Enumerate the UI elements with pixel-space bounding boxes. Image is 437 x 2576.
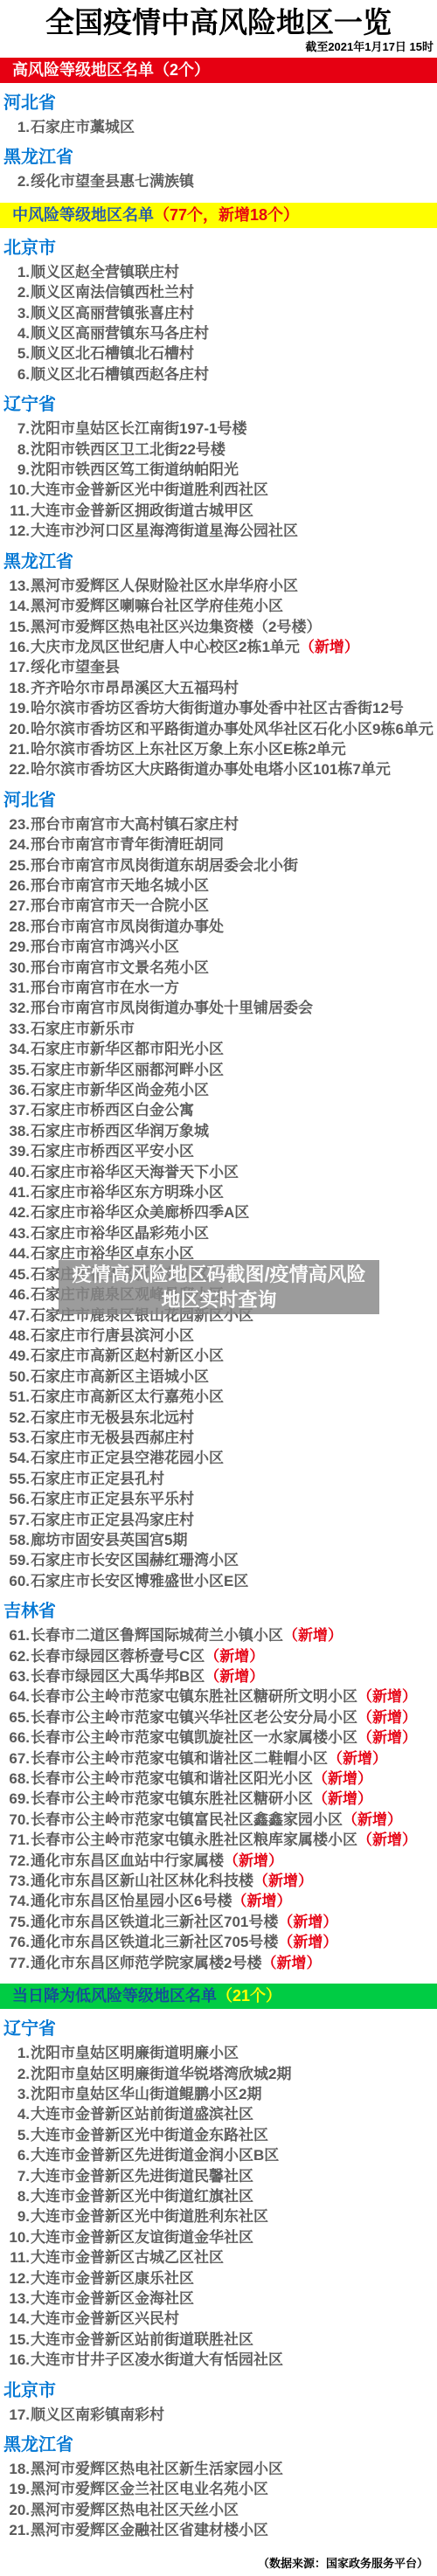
item-number: 43. <box>5 1223 30 1243</box>
list-item: 11.大连市金普新区古城乙区社区 <box>5 2247 437 2268</box>
item-text: 廊坊市固安县英国宫5期 <box>31 1532 187 1548</box>
item-text: 沈阳市皇姑区明廉街道华锐塔湾欣城2期 <box>31 2066 291 2082</box>
item-number: 60. <box>5 1571 30 1591</box>
list-item: 63.长春市绿园区大禹华邦B区（新增） <box>5 1666 437 1686</box>
item-text: 邢台市南宫市天地名城小区 <box>31 877 209 894</box>
item-number: 74. <box>5 1891 30 1911</box>
list-item: 12.大连市金普新区康乐社区 <box>5 2268 437 2289</box>
item-number: 8. <box>5 440 30 460</box>
region-list: 23.邢台市南宫市大高村镇石家庄村24.邢台市南宫市青年街清旺胡同25.邢台市南… <box>0 814 437 1591</box>
item-text: 石家庄市裕华区天海誉天下小区 <box>31 1164 239 1181</box>
item-new-badge: （新增） <box>205 1668 264 1685</box>
list-item: 2.绥化市望奎县惠七满族镇 <box>5 171 437 191</box>
list-item: 68.长春市公主岭市范家屯镇和谐社区阳光小区（新增） <box>5 1769 437 1789</box>
item-text: 大连市金普新区兴民村 <box>31 2310 179 2327</box>
item-number: 12. <box>5 2268 30 2289</box>
item-text: 顺义区北石槽镇西赵各庄村 <box>31 366 209 383</box>
province-heading: 吉林省 <box>3 1602 437 1621</box>
item-number: 22. <box>5 759 30 779</box>
item-new-badge: （新增） <box>278 1914 337 1930</box>
item-new-badge: （新增） <box>313 1770 372 1787</box>
list-item: 35.石家庄市新华区丽都河畔小区 <box>5 1060 437 1080</box>
list-item: 31.邢台市南宫市在水一方 <box>5 978 437 998</box>
item-number: 52. <box>5 1408 30 1428</box>
item-new-badge: （新增） <box>283 1627 343 1644</box>
list-item: 17.顺义区南彩镇南彩村 <box>5 2405 437 2425</box>
list-item: 14.大连市金普新区兴民村 <box>5 2309 437 2329</box>
item-number: 16. <box>5 637 30 657</box>
item-text: 邢台市南宫市鸿兴小区 <box>31 938 179 955</box>
item-text: 石家庄市新华区丽都河畔小区 <box>31 1062 224 1078</box>
list-item: 75.通化市东昌区铁道北三新社区701号楼（新增） <box>5 1912 437 1932</box>
list-item: 4.顺义区高丽营镇东马各庄村 <box>5 323 437 343</box>
list-item: 21.哈尔滨市香坊区上东社区万象上东小区E栋2单元 <box>5 739 437 759</box>
province-heading: 辽宁省 <box>3 395 437 414</box>
item-number: 30. <box>5 958 30 978</box>
list-item: 61.长春市二道区鲁辉国际城荷兰小镇小区（新增） <box>5 1625 437 1645</box>
item-text: 石家庄市高新区主语城小区 <box>31 1368 209 1385</box>
item-text: 邢台市南宫市天一合院小区 <box>31 897 209 914</box>
list-item: 54.石家庄市正定县空港花园小区 <box>5 1448 437 1468</box>
item-number: 54. <box>5 1448 30 1468</box>
list-item: 19.黑河市爱辉区金兰社区电业名苑小区 <box>5 2479 437 2499</box>
list-item: 37.石家庄市桥西区白金公寓 <box>5 1100 437 1120</box>
list-item: 7.沈阳市皇姑区长江南街197-1号楼 <box>5 419 437 439</box>
item-text: 邢台市南宫市文景名苑小区 <box>31 959 209 976</box>
item-number: 56. <box>5 1489 30 1509</box>
item-number: 21. <box>5 2520 30 2540</box>
item-number: 14. <box>5 596 30 616</box>
list-item: 28.邢台市南宫市凤岗街道办事处 <box>5 917 437 937</box>
as-of-timestamp: 截至2021年1月17日 15时 <box>0 40 437 58</box>
item-number: 25. <box>5 855 30 876</box>
item-number: 7. <box>5 419 30 439</box>
item-number: 21. <box>5 739 30 759</box>
item-text: 邢台市南宫市凤岗街道办事处 <box>31 918 224 935</box>
item-number: 34. <box>5 1039 30 1059</box>
item-number: 36. <box>5 1080 30 1100</box>
region-list: 61.长春市二道区鲁辉国际城荷兰小镇小区（新增）62.长春市绿园区蓉桥壹号C区（… <box>0 1625 437 1973</box>
list-item: 10.大连市金普新区友谊街道金华社区 <box>5 2227 437 2247</box>
list-item: 3.沈阳市皇姑区华山街道鲲鹏小区2期 <box>5 2084 437 2104</box>
item-text: 长春市公主岭市范家屯镇和谐社区阳光小区 <box>31 1770 313 1787</box>
list-item: 15.大连市金普新区站前街道联胜社区 <box>5 2330 437 2350</box>
region-list: 2.绥化市望奎县惠七满族镇 <box>0 171 437 191</box>
list-item: 14.黑河市爱辉区喇嘛台社区学府佳苑小区 <box>5 596 437 616</box>
item-number: 59. <box>5 1550 30 1570</box>
item-text: 石家庄市正定县冯家庄村 <box>31 1512 194 1528</box>
item-text: 石家庄市高新区赵村新区小区 <box>31 1347 224 1364</box>
item-number: 28. <box>5 917 30 937</box>
banner-label: 当日降为低风险等级地区名单 <box>12 1987 217 2005</box>
item-text: 大连市沙河口区星海湾街道星海公园社区 <box>31 523 298 539</box>
item-number: 17. <box>5 657 30 677</box>
item-new-badge: （新增） <box>357 1729 417 1746</box>
item-text: 长春市公主岭市范家屯镇东胜社区糖研小区 <box>31 1790 313 1807</box>
item-number: 49. <box>5 1346 30 1366</box>
item-text: 大连市金普新区古城乙区社区 <box>31 2249 224 2266</box>
item-text: 石家庄市裕华区晶彩苑小区 <box>31 1225 209 1242</box>
list-item: 30.邢台市南宫市文景名苑小区 <box>5 958 437 978</box>
watermark-overlay: 疫情高风险地区码截图/疫情高风险 地区实时查询 <box>59 1260 379 1314</box>
list-item: 27.邢台市南宫市天一合院小区 <box>5 896 437 916</box>
list-item: 9.大连市金普新区光中街道胜利东社区 <box>5 2206 437 2226</box>
item-number: 53. <box>5 1428 30 1448</box>
item-text: 通化市东昌区血站中行家属楼 <box>31 1852 224 1869</box>
list-item: 56.石家庄市正定县东平乐村 <box>5 1489 437 1509</box>
item-number: 45. <box>5 1264 30 1285</box>
item-text: 顺义区高丽营镇东马各庄村 <box>31 325 209 342</box>
list-item: 2.沈阳市皇姑区明廉街道华锐塔湾欣城2期 <box>5 2064 437 2084</box>
item-number: 11. <box>5 501 30 521</box>
list-item: 5.顺义区北石槽镇北石槽村 <box>5 343 437 364</box>
item-number: 77. <box>5 1953 30 1973</box>
list-item: 58.廊坊市固安县英国宫5期 <box>5 1530 437 1550</box>
watermark-line1: 疫情高风险地区码截图/疫情高风险 <box>72 1262 365 1287</box>
list-item: 69.长春市公主岭市范家屯镇东胜社区糖研小区（新增） <box>5 1789 437 1809</box>
item-text: 长春市公主岭市范家屯镇凯旋社区一水家属楼小区 <box>31 1729 357 1746</box>
item-text: 沈阳市铁西区卫工北街22号楼 <box>31 441 225 458</box>
item-text: 沈阳市皇姑区明廉街道明廉小区 <box>31 2045 239 2061</box>
item-number: 58. <box>5 1530 30 1550</box>
item-number: 50. <box>5 1367 30 1387</box>
item-number: 18. <box>5 2459 30 2479</box>
item-new-badge: （新增） <box>357 1709 417 1726</box>
list-item: 1.顺义区赵全营镇联庄村 <box>5 262 437 282</box>
list-item: 55.石家庄市正定县孔村 <box>5 1469 437 1489</box>
region-list: 1.沈阳市皇姑区明廉街道明廉小区2.沈阳市皇姑区明廉街道华锐塔湾欣城2期3.沈阳… <box>0 2043 437 2371</box>
item-text: 石家庄市藁城区 <box>31 119 135 135</box>
item-number: 73. <box>5 1871 30 1891</box>
item-number: 15. <box>5 2330 30 2350</box>
item-number: 32. <box>5 998 30 1018</box>
list-item: 33.石家庄市新乐市 <box>5 1019 437 1039</box>
region-list: 7.沈阳市皇姑区长江南街197-1号楼8.沈阳市铁西区卫工北街22号楼9.沈阳市… <box>0 419 437 541</box>
item-number: 2. <box>5 282 30 302</box>
item-number: 76. <box>5 1932 30 1952</box>
item-text: 长春市公主岭市范家屯镇和谐社区二鞋帽小区 <box>31 1750 328 1767</box>
item-number: 44. <box>5 1243 30 1264</box>
list-item: 65.长春市公主岭市范家屯镇兴华社区老公安分局小区（新增） <box>5 1707 437 1728</box>
list-item: 5.大连市金普新区光中街道金东路社区 <box>5 2125 437 2145</box>
item-number: 10. <box>5 2227 30 2247</box>
item-new-badge: （新增） <box>300 639 359 655</box>
banner-count: （2个） <box>154 61 210 79</box>
item-text: 黑河市爱辉区喇嘛台社区学府佳苑小区 <box>31 598 283 614</box>
item-number: 2. <box>5 171 30 191</box>
item-number: 3. <box>5 2084 30 2104</box>
list-item: 10.大连市金普新区光中街道胜利西社区 <box>5 480 437 500</box>
item-number: 9. <box>5 2206 30 2226</box>
list-item: 43.石家庄市裕华区晶彩苑小区 <box>5 1223 437 1243</box>
item-number: 47. <box>5 1305 30 1326</box>
item-number: 48. <box>5 1326 30 1346</box>
item-text: 沈阳市皇姑区华山街道鲲鹏小区2期 <box>31 2086 261 2102</box>
item-text: 通化市东昌区怡星园小区6号楼 <box>31 1893 232 1909</box>
province-heading: 黑龙江省 <box>3 2435 437 2455</box>
item-text: 石家庄市无极县东北远村 <box>31 1409 194 1426</box>
item-new-badge: （新增） <box>328 1750 387 1767</box>
item-number: 6. <box>5 2145 30 2165</box>
item-new-badge: （新增） <box>224 1852 283 1869</box>
province-heading: 黑龙江省 <box>3 552 437 571</box>
item-number: 67. <box>5 1748 30 1769</box>
province-heading: 河北省 <box>3 93 437 113</box>
risk-section-green: 当日降为低风险等级地区名单（21个）辽宁省1.沈阳市皇姑区明廉街道明廉小区2.沈… <box>0 1984 437 2541</box>
item-number: 18. <box>5 678 30 698</box>
item-text: 黑河市爱辉区热电社区新生活家园小区 <box>31 2461 283 2477</box>
item-text: 石家庄市长安区博雅盛世小区E区 <box>31 1573 248 1589</box>
list-item: 16.大连市甘井子区凌水街道大有恬园社区 <box>5 2350 437 2370</box>
item-text: 大连市金普新区先进街道金润小区B区 <box>31 2147 279 2164</box>
list-item: 11.大连市金普新区拥政街道古城甲区 <box>5 501 437 521</box>
item-number: 1. <box>5 262 30 282</box>
region-list: 18.黑河市爱辉区热电社区新生活家园小区19.黑河市爱辉区金兰社区电业名苑小区2… <box>0 2459 437 2541</box>
item-number: 8. <box>5 2186 30 2206</box>
item-text: 沈阳市皇姑区长江南街197-1号楼 <box>31 420 246 437</box>
list-item: 6.大连市金普新区先进街道金润小区B区 <box>5 2145 437 2165</box>
item-number: 39. <box>5 1141 30 1161</box>
list-item: 18.黑河市爱辉区热电社区新生活家园小区 <box>5 2459 437 2479</box>
item-number: 12. <box>5 521 30 541</box>
item-text: 大连市金普新区友谊街道金华社区 <box>31 2229 253 2246</box>
list-item: 34.石家庄市新华区都市阳光小区 <box>5 1039 437 1059</box>
item-number: 42. <box>5 1202 30 1222</box>
item-number: 63. <box>5 1666 30 1686</box>
item-number: 1. <box>5 2043 30 2063</box>
list-item: 36.石家庄市新华区尚金苑小区 <box>5 1080 437 1100</box>
item-number: 31. <box>5 978 30 998</box>
risk-banner-red: 高风险等级地区名单（2个） <box>0 58 437 83</box>
item-text: 通化市东昌区师范学院家属楼2号楼 <box>31 1955 261 1971</box>
list-item: 40.石家庄市裕华区天海誉天下小区 <box>5 1162 437 1182</box>
list-item: 53.石家庄市无极县西郝庄村 <box>5 1428 437 1448</box>
item-text: 通化市东昌区新山社区林化科技楼 <box>31 1873 253 1889</box>
list-item: 6.顺义区北石槽镇西赵各庄村 <box>5 364 437 384</box>
list-item: 9.沈阳市铁西区笃工街道纳帕阳光 <box>5 460 437 480</box>
item-text: 石家庄市正定县孔村 <box>31 1471 164 1487</box>
list-item: 73.通化市东昌区新山社区林化科技楼（新增） <box>5 1871 437 1891</box>
item-number: 16. <box>5 2350 30 2370</box>
item-number: 4. <box>5 2104 30 2124</box>
item-new-badge: （新增） <box>343 1811 402 1828</box>
infographic-page: 全国疫情中高风险地区一览 截至2021年1月17日 15时 高风险等级地区名单（… <box>0 0 437 2576</box>
province-heading: 河北省 <box>3 791 437 810</box>
page-title: 全国疫情中高风险地区一览 <box>0 5 437 40</box>
list-item: 15.黑河市爱辉区热电社区兴边集资楼（2号楼） <box>5 617 437 637</box>
region-list: 1.顺义区赵全营镇联庄村2.顺义区南法信镇西杜兰村3.顺义区高丽营镇张喜庄村4.… <box>0 262 437 384</box>
item-number: 3. <box>5 303 30 323</box>
item-text: 通化市东昌区铁道北三新社区701号楼 <box>31 1914 278 1930</box>
banner-label: 高风险等级地区名单 <box>12 61 154 79</box>
item-text: 大连市金普新区拥政街道古城甲区 <box>31 502 253 519</box>
list-item: 50.石家庄市高新区主语城小区 <box>5 1367 437 1387</box>
risk-banner-yellow: 中风险等级地区名单（77个，新增18个） <box>0 203 437 228</box>
list-item: 12.大连市沙河口区星海湾街道星海公园社区 <box>5 521 437 541</box>
list-item: 57.石家庄市正定县冯家庄村 <box>5 1510 437 1530</box>
item-number: 10. <box>5 480 30 500</box>
item-text: 石家庄市新华区都市阳光小区 <box>31 1041 224 1057</box>
item-text: 邢台市南宫市凤岗街道办事处十里铺居委会 <box>31 1000 313 1016</box>
list-item: 67.长春市公主岭市范家屯镇和谐社区二鞋帽小区（新增） <box>5 1748 437 1769</box>
item-number: 24. <box>5 834 30 855</box>
province-heading: 黑龙江省 <box>3 148 437 167</box>
item-number: 6. <box>5 364 30 384</box>
list-item: 16.大庆市龙凤区世纪唐人中心校区2栋1单元（新增） <box>5 637 437 657</box>
item-text: 黑河市爱辉区热电社区天丝小区 <box>31 2502 239 2518</box>
list-item: 13.大连市金普新区金海社区 <box>5 2289 437 2309</box>
item-new-badge: （新增） <box>357 1832 417 1848</box>
item-number: 17. <box>5 2405 30 2425</box>
item-text: 长春市公主岭市范家屯镇兴华社区老公安分局小区 <box>31 1709 357 1726</box>
item-text: 大庆市龙凤区世纪唐人中心校区2栋1单元 <box>31 639 300 655</box>
list-item: 77.通化市东昌区师范学院家属楼2号楼（新增） <box>5 1953 437 1973</box>
item-new-badge: （新增） <box>357 1688 417 1705</box>
item-text: 黑河市爱辉区人保财险社区水岸华府小区 <box>31 578 298 594</box>
item-text: 邢台市南宫市在水一方 <box>31 980 179 996</box>
list-item: 4.大连市金普新区站前街道盛滨社区 <box>5 2104 437 2124</box>
list-item: 26.邢台市南宫市天地名城小区 <box>5 876 437 896</box>
item-number: 14. <box>5 2309 30 2329</box>
region-list: 1.石家庄市藁城区 <box>0 117 437 137</box>
item-text: 石家庄市桥西区平安小区 <box>31 1143 194 1160</box>
item-text: 大连市金普新区光中街道红旗社区 <box>31 2188 253 2205</box>
list-item: 62.长春市绿园区蓉桥壹号C区（新增） <box>5 1646 437 1666</box>
item-number: 20. <box>5 2500 30 2520</box>
item-text: 邢台市南宫市大高村镇石家庄村 <box>31 816 239 833</box>
list-item: 1.石家庄市藁城区 <box>5 117 437 137</box>
list-item: 72.通化市东昌区血站中行家属楼（新增） <box>5 1851 437 1871</box>
item-number: 69. <box>5 1789 30 1809</box>
province-heading: 北京市 <box>3 2381 437 2400</box>
item-text: 大连市甘井子区凌水街道大有恬园社区 <box>31 2351 283 2368</box>
item-text: 邢台市南宫市青年街清旺胡同 <box>31 836 224 853</box>
item-text: 长春市二道区鲁辉国际城荷兰小镇小区 <box>31 1627 283 1644</box>
region-list: 17.顺义区南彩镇南彩村 <box>0 2405 437 2425</box>
item-new-badge: （新增） <box>253 1873 313 1889</box>
list-item: 18.齐齐哈尔市昂昂溪区大五福玛村 <box>5 678 437 698</box>
banner-count: （77个，新增18个） <box>154 206 299 224</box>
list-item: 20.黑河市爱辉区热电社区天丝小区 <box>5 2500 437 2520</box>
item-text: 大连市金普新区光中街道胜利西社区 <box>31 481 268 498</box>
item-text: 顺义区赵全营镇联庄村 <box>31 264 179 280</box>
item-number: 26. <box>5 876 30 896</box>
list-item: 52.石家庄市无极县东北远村 <box>5 1408 437 1428</box>
item-text: 长春市公主岭市范家屯镇东胜社区糖研所文明小区 <box>31 1688 357 1705</box>
item-text: 绥化市望奎县 <box>31 659 120 675</box>
item-number: 46. <box>5 1285 30 1305</box>
list-item: 21.黑河市爱辉区金融社区省建材楼小区 <box>5 2520 437 2540</box>
item-number: 51. <box>5 1387 30 1407</box>
item-number: 40. <box>5 1162 30 1182</box>
item-text: 齐齐哈尔市昂昂溪区大五福玛村 <box>31 680 239 696</box>
list-item: 8.大连市金普新区光中街道红旗社区 <box>5 2186 437 2206</box>
item-number: 23. <box>5 814 30 834</box>
item-new-badge: （新增） <box>205 1648 264 1665</box>
item-text: 大连市金普新区先进街道民馨社区 <box>31 2168 253 2185</box>
banner-count: （21个） <box>217 1987 281 2005</box>
risk-section-yellow: 中风险等级地区名单（77个，新增18个）北京市1.顺义区赵全营镇联庄村2.顺义区… <box>0 203 437 1973</box>
item-number: 57. <box>5 1510 30 1530</box>
item-text: 石家庄市新华区尚金苑小区 <box>31 1082 209 1098</box>
item-new-badge: （新增） <box>261 1955 321 1971</box>
item-text: 石家庄市新乐市 <box>31 1021 135 1037</box>
list-item: 19.哈尔滨市香坊区香坊大街街道办事处香中社区古香街12号 <box>5 698 437 718</box>
list-item: 23.邢台市南宫市大高村镇石家庄村 <box>5 814 437 834</box>
list-item: 59.石家庄市长安区国赫红珊湾小区 <box>5 1550 437 1570</box>
item-number: 72. <box>5 1851 30 1871</box>
item-new-badge: （新增） <box>278 1934 337 1950</box>
item-number: 11. <box>5 2247 30 2268</box>
list-item: 3.顺义区高丽营镇张喜庄村 <box>5 303 437 323</box>
item-text: 邢台市南宫市凤岗街道东胡居委会北小街 <box>31 857 298 874</box>
list-item: 60.石家庄市长安区博雅盛世小区E区 <box>5 1571 437 1591</box>
list-item: 71.长春市公主岭市范家屯镇永胜社区粮库家属楼小区（新增） <box>5 1830 437 1850</box>
item-text: 绥化市望奎县惠七满族镇 <box>31 173 194 190</box>
list-item: 24.邢台市南宫市青年街清旺胡同 <box>5 834 437 855</box>
item-number: 35. <box>5 1060 30 1080</box>
list-item: 76.通化市东昌区铁道北三新社区705号楼（新增） <box>5 1932 437 1952</box>
item-number: 66. <box>5 1728 30 1748</box>
item-number: 19. <box>5 698 30 718</box>
list-item: 41.石家庄市裕华区东方明珠小区 <box>5 1182 437 1202</box>
item-number: 64. <box>5 1686 30 1707</box>
province-heading: 辽宁省 <box>3 2019 437 2039</box>
item-text: 大连市金普新区站前街道联胜社区 <box>31 2331 253 2348</box>
list-item: 51.石家庄市高新区太行嘉苑小区 <box>5 1387 437 1407</box>
item-number: 1. <box>5 117 30 137</box>
item-number: 2. <box>5 2064 30 2084</box>
item-text: 顺义区南彩镇南彩村 <box>31 2406 164 2423</box>
item-number: 5. <box>5 2125 30 2145</box>
list-item: 66.长春市公主岭市范家屯镇凯旋社区一水家属楼小区（新增） <box>5 1728 437 1748</box>
list-item: 74.通化市东昌区怡星园小区6号楼（新增） <box>5 1891 437 1911</box>
item-number: 68. <box>5 1769 30 1789</box>
item-text: 长春市绿园区蓉桥壹号C区 <box>31 1648 205 1665</box>
list-item: 8.沈阳市铁西区卫工北街22号楼 <box>5 440 437 460</box>
item-number: 20. <box>5 719 30 739</box>
list-item: 48.石家庄市行唐县滨河小区 <box>5 1326 437 1346</box>
item-number: 13. <box>5 2289 30 2309</box>
item-number: 70. <box>5 1810 30 1830</box>
item-text: 石家庄市正定县空港花园小区 <box>31 1450 224 1466</box>
item-number: 33. <box>5 1019 30 1039</box>
item-text: 石家庄市长安区国赫红珊湾小区 <box>31 1552 239 1568</box>
item-number: 4. <box>5 323 30 343</box>
item-number: 27. <box>5 896 30 916</box>
item-text: 哈尔滨市香坊区香坊大街街道办事处香中社区古香街12号 <box>31 700 404 717</box>
list-item: 20.哈尔滨市香坊区和平路街道办事处风华社区石化小区9栋6单元 <box>5 719 437 739</box>
province-heading: 北京市 <box>3 239 437 258</box>
item-number: 29. <box>5 937 30 957</box>
list-item: 29.邢台市南宫市鸿兴小区 <box>5 937 437 957</box>
item-number: 19. <box>5 2479 30 2499</box>
list-item: 70.长春市公主岭市范家屯镇富民社区鑫鑫家园小区（新增） <box>5 1810 437 1830</box>
item-text: 石家庄市无极县西郝庄村 <box>31 1430 194 1446</box>
item-number: 65. <box>5 1707 30 1728</box>
item-text: 通化市东昌区铁道北三新社区705号楼 <box>31 1934 278 1950</box>
item-number: 75. <box>5 1912 30 1932</box>
list-item: 7.大连市金普新区先进街道民馨社区 <box>5 2166 437 2186</box>
item-text: 长春市绿园区大禹华邦B区 <box>31 1668 205 1685</box>
item-text: 顺义区南法信镇西杜兰村 <box>31 284 194 301</box>
item-text: 大连市金普新区金海社区 <box>31 2290 194 2307</box>
list-item: 42.石家庄市裕华区众美廊桥四季A区 <box>5 1202 437 1222</box>
item-text: 石家庄市桥西区华润万象城 <box>31 1123 209 1139</box>
item-text: 黑河市爱辉区金融社区省建材楼小区 <box>31 2522 268 2538</box>
list-item: 13.黑河市爱辉区人保财险社区水岸华府小区 <box>5 576 437 596</box>
list-item: 22.哈尔滨市香坊区大庆路街道办事处电塔小区101栋7单元 <box>5 759 437 779</box>
